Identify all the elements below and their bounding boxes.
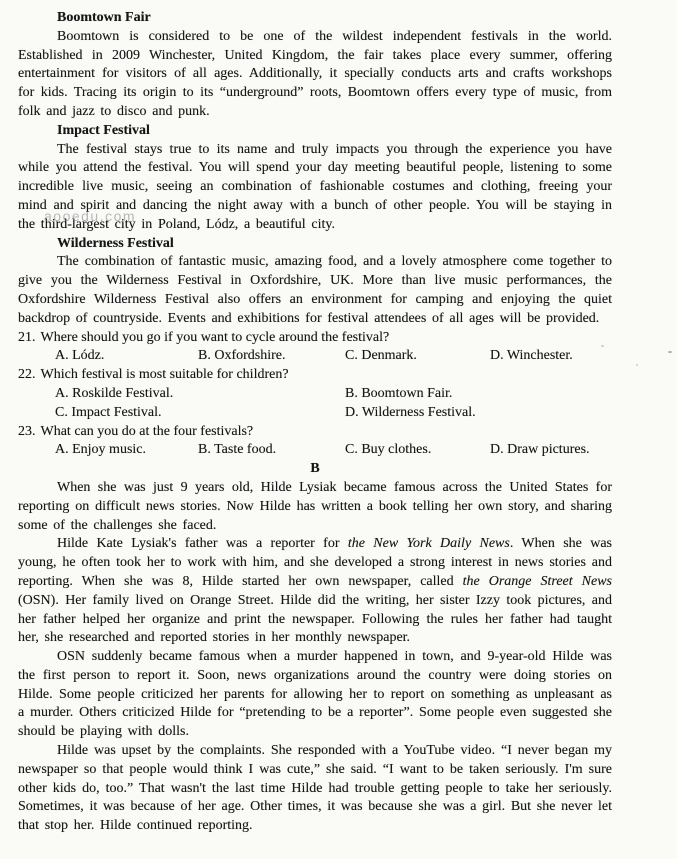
festival-heading-boomtown: Boomtown Fair bbox=[18, 9, 612, 28]
paragraph-text: OSN suddenly became famous when a murder… bbox=[18, 649, 612, 739]
question-21: 21.Where should you go if you want to cy… bbox=[18, 329, 612, 367]
question-22-text: Which festival is most suitable for chil… bbox=[41, 367, 289, 382]
question-22-options-row-2: C. Impact Festival. D. Wilderness Festiv… bbox=[18, 404, 612, 423]
question-22-option-a: A. Roskilde Festival. bbox=[55, 385, 345, 404]
italic-title-orange-street-news: the Orange Street News bbox=[463, 574, 612, 589]
question-23-number: 23. bbox=[18, 423, 36, 442]
scan-speck bbox=[636, 364, 638, 366]
question-22-option-b: B. Boomtown Fair. bbox=[345, 385, 612, 404]
question-23-text: What can you do at the four festivals? bbox=[41, 424, 254, 439]
question-22-option-c: C. Impact Festival. bbox=[55, 404, 345, 423]
questions-block: 21.Where should you go if you want to cy… bbox=[18, 329, 612, 461]
question-21-number: 21. bbox=[18, 329, 36, 348]
italic-title-new-york-daily-news: the New York Daily News bbox=[348, 536, 510, 551]
festival-heading-wilderness: Wilderness Festival bbox=[18, 235, 612, 254]
scan-speck bbox=[668, 351, 672, 353]
watermark-text: aooedu.com bbox=[44, 207, 136, 226]
passage-b: B When she was just 9 years old, Hilde L… bbox=[18, 460, 612, 836]
question-21-option-b: B. Oxfordshire. bbox=[198, 347, 345, 366]
page-content: Boomtown Fair Boomtown is considered to … bbox=[18, 9, 612, 836]
festival-paragraph-wilderness: The combination of fantastic music, amaz… bbox=[18, 253, 612, 328]
question-23-line: 23.What can you do at the four festivals… bbox=[18, 423, 612, 442]
question-22: 22.Which festival is most suitable for c… bbox=[18, 366, 612, 422]
question-23-option-c: C. Buy clothes. bbox=[345, 441, 490, 460]
question-21-options: A. Lódz. B. Oxfordshire. C. Denmark. D. … bbox=[18, 347, 612, 366]
paragraph-text: When she was just 9 years old, Hilde Lys… bbox=[18, 480, 612, 533]
scan-speck bbox=[601, 345, 604, 347]
question-21-option-c: C. Denmark. bbox=[345, 347, 490, 366]
question-21-option-a: A. Lódz. bbox=[55, 347, 198, 366]
festival-paragraph-boomtown: Boomtown is considered to be one of the … bbox=[18, 28, 612, 122]
question-22-options-row-1: A. Roskilde Festival. B. Boomtown Fair. bbox=[18, 385, 612, 404]
question-21-text: Where should you go if you want to cycle… bbox=[41, 330, 390, 345]
passage-b-paragraph-4: Hilde was upset by the complaints. She r… bbox=[18, 742, 612, 836]
paragraph-text: Hilde Kate Lysiak's father was a reporte… bbox=[57, 536, 348, 551]
question-21-line: 21.Where should you go if you want to cy… bbox=[18, 329, 612, 348]
passage-b-paragraph-3: OSN suddenly became famous when a murder… bbox=[18, 648, 612, 742]
scanned-exam-page: Boomtown Fair Boomtown is considered to … bbox=[0, 0, 677, 859]
question-22-line: 22.Which festival is most suitable for c… bbox=[18, 366, 612, 385]
paragraph-text: Hilde was upset by the complaints. She r… bbox=[18, 743, 612, 833]
section-b-label: B bbox=[18, 460, 612, 479]
question-22-number: 22. bbox=[18, 366, 36, 385]
question-23-option-b: B. Taste food. bbox=[198, 441, 345, 460]
passage-a: Boomtown Fair Boomtown is considered to … bbox=[18, 9, 612, 329]
question-23-options: A. Enjoy music. B. Taste food. C. Buy cl… bbox=[18, 441, 612, 460]
question-23: 23.What can you do at the four festivals… bbox=[18, 423, 612, 461]
paragraph-text: (OSN). Her family lived on Orange Street… bbox=[18, 593, 612, 646]
question-23-option-d: D. Draw pictures. bbox=[490, 441, 612, 460]
question-21-option-d: D. Winchester. bbox=[490, 347, 612, 366]
festival-heading-impact: Impact Festival bbox=[18, 122, 612, 141]
passage-b-paragraph-1: When she was just 9 years old, Hilde Lys… bbox=[18, 479, 612, 535]
question-22-option-d: D. Wilderness Festival. bbox=[345, 404, 612, 423]
question-23-option-a: A. Enjoy music. bbox=[55, 441, 198, 460]
passage-b-paragraph-2: Hilde Kate Lysiak's father was a reporte… bbox=[18, 535, 612, 648]
